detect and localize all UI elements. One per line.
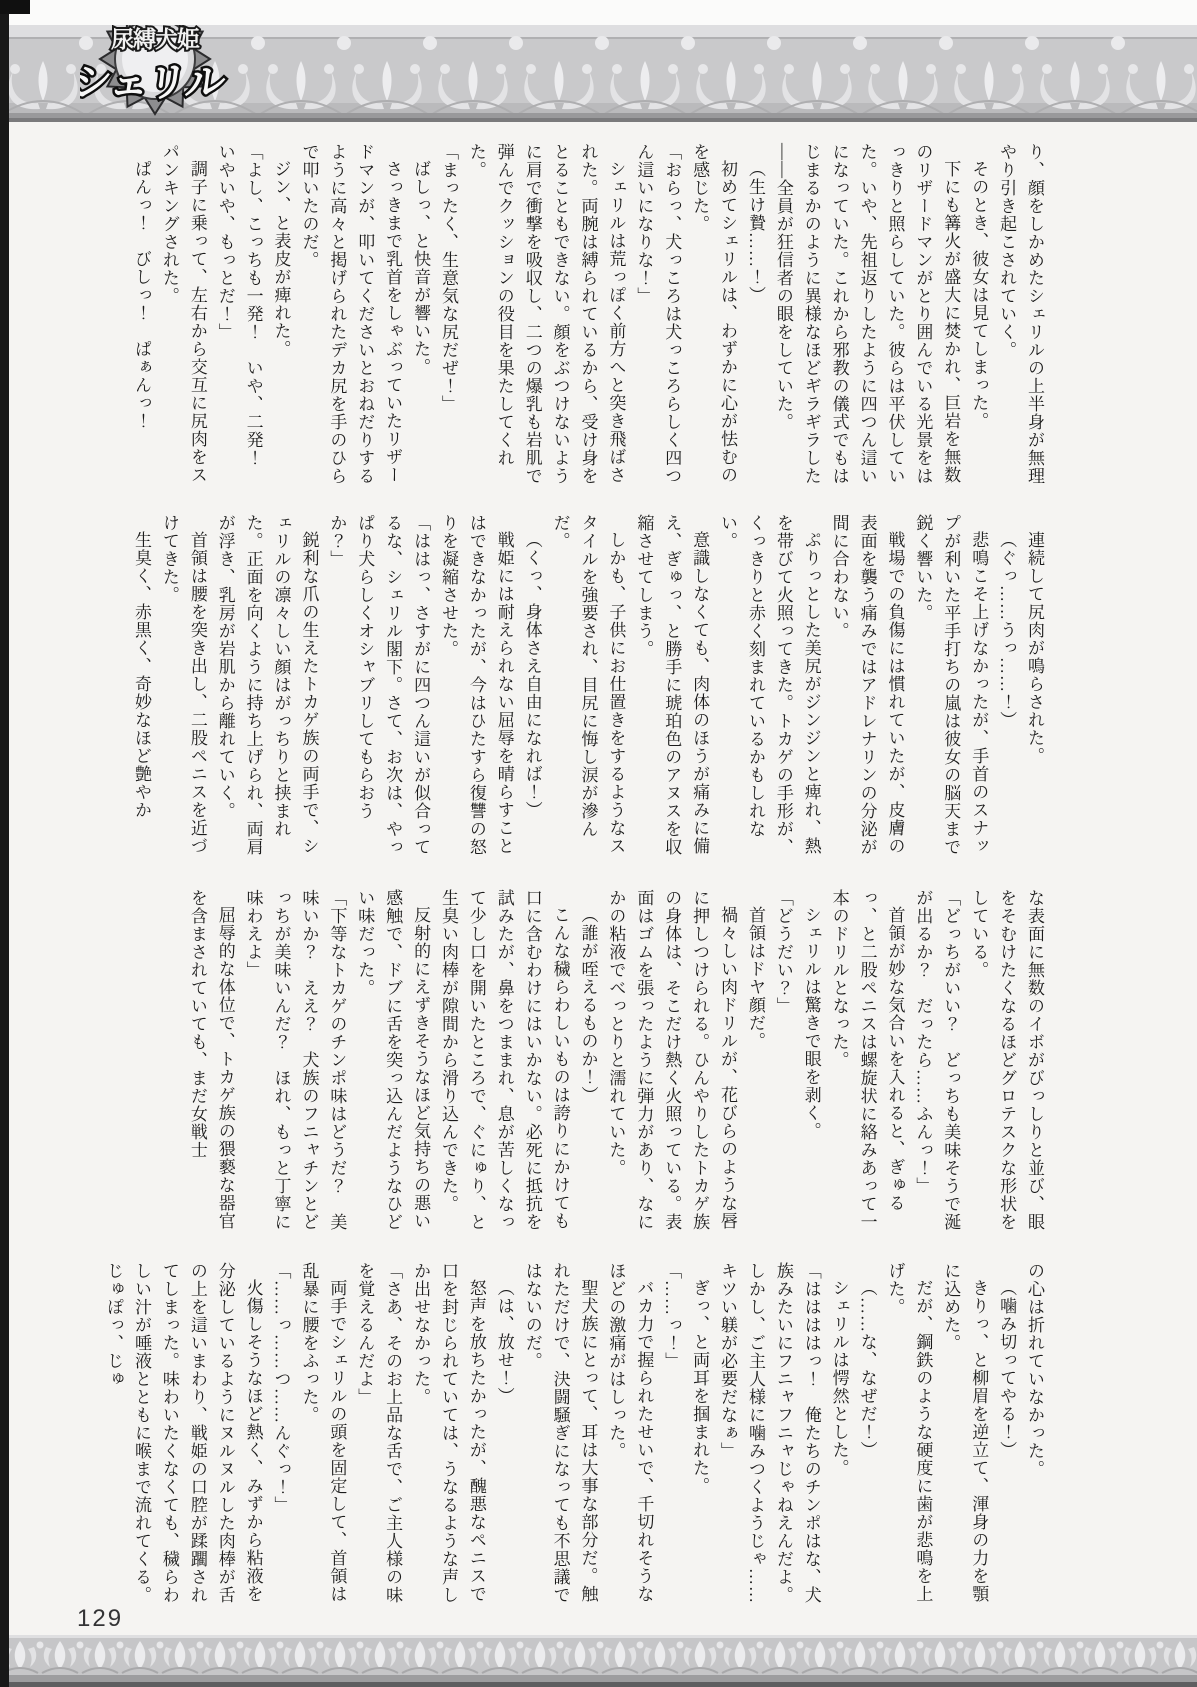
paragraph: （ぐっ……うっ……！） [992, 514, 1020, 861]
paragraph: 両手でシェリルの頭を固定して、首領は乱暴に腰をふった。 [295, 1262, 351, 1609]
paragraph: 首領はドヤ顔だ。 [741, 889, 769, 1236]
paragraph: 戦場での負傷には慣れていたが、皮膚の表面を襲う痛みではアドレナリンの分泌が間に合… [825, 514, 909, 861]
paragraph: そのとき、彼女は見てしまった。 [964, 143, 992, 490]
paragraph: 怒声を放ちたかったが、醜悪なペニスで口を封じられていては、うなるような声しか出せ… [406, 1262, 490, 1609]
paragraph: （誰が咥えるものか！） [574, 889, 602, 1236]
paragraph: 「どうだい？」 [769, 889, 797, 1236]
paragraph: 屈辱的な体位で、トカゲ族の猥褻な器官を含まされていても、まだ女戦士 [183, 889, 239, 1236]
paragraph: だが、鋼鉄のような硬度に歯が悲鳴を上げた。 [881, 1262, 937, 1609]
paragraph: 「よし、こっちも一発！ いや、二発！ いやいや、もっとだ！」 [211, 143, 267, 490]
paragraph: の心は折れていなかった。 [1020, 1262, 1048, 1609]
paragraph: 反射的にえずきそうなほど気持ちの悪い感触で、ドブに舌を突っ込んだようなひどい味だ… [350, 889, 434, 1236]
paragraph: 「さあ、そのお上品な舌で、ご主人様の味を覚えるんだよ」 [350, 1262, 406, 1609]
paragraph: こんな穢らわしいものは誇りにかけても口に含むわけにはいかない。必死に抵抗を試みた… [434, 889, 574, 1236]
paragraph: 首領が妙な気合いを入れると、ぎゅるっ、と二股ペニスは螺旋状に絡みあって一本のドリ… [825, 889, 909, 1236]
paragraph: （くっ、身体さえ自由になれば！） [518, 514, 546, 861]
scan-left-edge [0, 0, 9, 1687]
paragraph: り、顔をしかめたシェリルの上半身が無理やり引き起こされていく。 [992, 143, 1048, 490]
paragraph: ばしっ、と快音が響いた。 [406, 143, 434, 490]
text-band-3: な表面に無数のイボがびっしりと並び、眼をそむけたくなるほどグロテスクな形状をして… [100, 889, 1048, 1236]
paragraph: 意識しなくても、肉体のほうが痛みに備え、ぎゅっ、と勝手に琥珀色のアヌスを収縮させ… [629, 514, 713, 861]
paragraph: シェリルは愕然とした。 [825, 1262, 853, 1609]
paragraph: 連続して尻肉が鳴らされた。 [1020, 514, 1048, 861]
paragraph: ぱんっ！ びしっ！ ぱぁんっ！ [127, 143, 155, 490]
paragraph: 初めてシェリルは、わずかに心が怯むのを感じた。 [685, 143, 741, 490]
book-page: 尿縛犬姫 シェリル り、顔をしかめたシェリルの上半身が無理やり引き起こされていく… [0, 0, 1197, 1687]
scan-corner-smudge [0, 0, 30, 14]
paragraph: 下にも篝火が盛大に焚かれ、巨岩を無数のリザードマンがとり囲んでいる光景をはっきり… [769, 143, 964, 490]
ornament-bottom-border [0, 1635, 1197, 1687]
text-band-1: り、顔をしかめたシェリルの上半身が無理やり引き起こされていく。そのとき、彼女は見… [100, 143, 1048, 490]
paragraph: 「……っ……つ……んぐっ！」 [267, 1262, 295, 1609]
paragraph: 調子に乗って、左右から交互に尻肉をスパンキングされた。 [155, 143, 211, 490]
paragraph: 戦姫には耐えられない屈辱を晴らすことはできなかったが、今はひたすら復讐の怒りを凝… [434, 514, 518, 861]
paragraph: 禍々しい肉ドリルが、花びらのような唇に押しつけられる。ひんやりしたトカゲ族の身体… [602, 889, 742, 1236]
top-margin [0, 0, 1197, 25]
paragraph: きりっ、と柳眉を逆立て、渾身の力を顎に込めた。 [936, 1262, 992, 1609]
paragraph: ぷりっとした美尻がジンジンと痺れ、熱を帯びて火照ってきた。トカゲの手形が、くっき… [713, 514, 825, 861]
text-band-4: の心は折れていなかった。（噛み切ってやる！）きりっ、と柳眉を逆立て、渾身の力を顎… [100, 1262, 1048, 1609]
logo-series-name: シェリル [80, 61, 227, 105]
paragraph: 「まったく、生意気な尻だぜ！」 [434, 143, 462, 490]
paragraph: シェリルは荒っぽく前方へと突き飛ばされた。両腕は縛られているから、受け身をとるこ… [462, 143, 629, 490]
paragraph: （……な、なぜだ！） [853, 1262, 881, 1609]
text-band-2: 連続して尻肉が鳴らされた。（ぐっ……うっ……！）悲鳴こそ上げなかったが、手首のス… [100, 514, 1048, 861]
paragraph: ジン、と表皮が痺れた。 [267, 143, 295, 490]
paragraph: さっきまで乳首をしゃぶっていたリザードマンが、叩いてくださいとおねだりするように… [295, 143, 407, 490]
paragraph: （噛み切ってやる！） [992, 1262, 1020, 1609]
paragraph: 「……っ！」 [657, 1262, 685, 1609]
paragraph: 首領は腰を突き出し、二股ペニスを近づけてきた。 [155, 514, 211, 861]
paragraph: 「ははっ、さすがに四つん這いが似合ってるな、シェリル閣下。さて、お次は、やっぱり… [322, 514, 434, 861]
paragraph: （は、放せ！） [490, 1262, 518, 1609]
paragraph: 悲鳴こそ上げなかったが、手首のスナップが利いた平手打ちの嵐は彼女の脳天まで鋭く響… [908, 514, 992, 861]
paragraph: ぎっ、と両耳を掴まれた。 [685, 1262, 713, 1609]
paragraph: しかも、子供にお仕置きをするようなスタイルを強要され、目尻に悔し涙が滲んだ。 [546, 514, 630, 861]
logo-series-title: 尿縛犬姫 [111, 26, 200, 52]
paragraph: な表面に無数のイボがびっしりと並び、眼をそむけたくなるほどグロテスクな形状をして… [964, 889, 1048, 1236]
paragraph: （生け贄……！） [741, 143, 769, 490]
paragraph: 「ははははっ！ 俺たちのチンポはな、犬族みたいにフニャフニャじゃねえんだよ。しか… [713, 1262, 825, 1609]
paragraph: 「下等なトカゲのチンポ味はどうだ？ 美味いか？ ええ？ 犬族のフニャチンとどっち… [239, 889, 351, 1236]
paragraph: 鋭利な爪の生えたトカゲ族の両手で、シェリルの凛々しい顔はがっちりと挟まれた。正面… [211, 514, 323, 861]
paragraph: シェリルは驚きで眼を剥く。 [797, 889, 825, 1236]
paragraph: バカ力で握られたせいで、千切れそうなほどの激痛がはしった。 [602, 1262, 658, 1609]
paragraph: 「おらっ、犬っころは犬っころらしく四つん這いになりな！」 [629, 143, 685, 490]
paragraph: 生臭く、赤黒く、奇妙なほど艶やか [127, 514, 155, 861]
page-number: 129 [77, 1605, 123, 1633]
paragraph: 「どっちがいい？ どっちも美味そうで涎が出るか？ だったら……ふんっ！」 [908, 889, 964, 1236]
paragraph: 火傷しそうなほど熱く、みずから粘液を分泌しているようにヌルヌルした肉棒が舌の上を… [99, 1262, 266, 1609]
paragraph: 聖犬族にとって、耳は大事な部分だ。触れただけで、決闘騒ぎになっても不思議ではない… [518, 1262, 602, 1609]
